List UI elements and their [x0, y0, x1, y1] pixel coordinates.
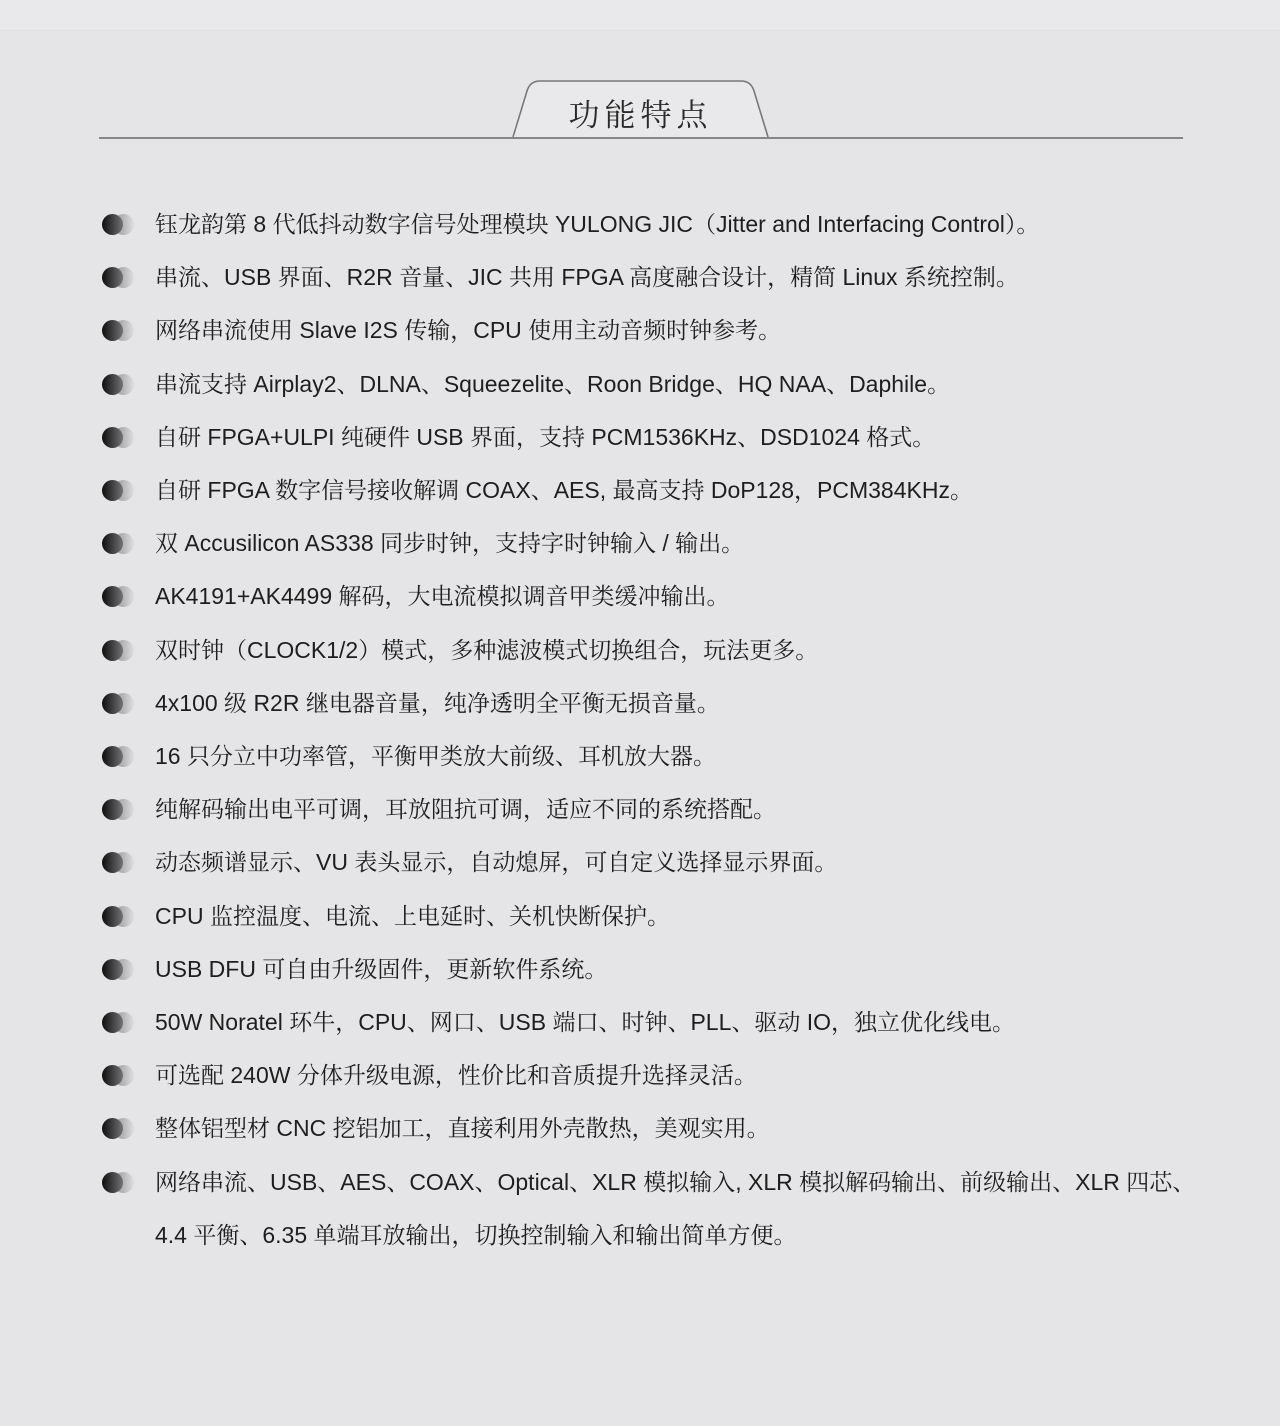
bullet-dot-dark	[102, 906, 123, 927]
bullet-icon	[102, 693, 134, 714]
bullet-dot-dark	[102, 214, 123, 235]
feature-line: USB DFU 可自由升级固件，更新软件系统。	[155, 943, 1195, 996]
feature-line: 4.4 平衡、6.35 单端耳放输出，切换控制输入和输出简单方便。	[155, 1209, 1195, 1262]
bullet-icon	[102, 746, 134, 767]
feature-line: 纯解码输出电平可调，耳放阻抗可调，适应不同的系统搭配。	[155, 783, 1195, 836]
feature-item: 串流、USB 界面、R2R 音量、JIC 共用 FPGA 高度融合设计，精简 L…	[100, 251, 1195, 304]
feature-line: 串流、USB 界面、R2R 音量、JIC 共用 FPGA 高度融合设计，精简 L…	[155, 251, 1195, 304]
bullet-dot-dark	[102, 1172, 123, 1193]
feature-line: 4x100 级 R2R 继电器音量，纯净透明全平衡无损音量。	[155, 677, 1195, 730]
section-title: 功能特点	[511, 90, 770, 135]
feature-line: 网络串流、USB、AES、COAX、Optical、XLR 模拟输入, XLR …	[155, 1156, 1195, 1209]
feature-item: 钰龙韵第 8 代低抖动数字信号处理模块 YULONG JIC（Jitter an…	[100, 198, 1195, 251]
bullet-icon	[102, 214, 134, 235]
bullet-dot-dark	[102, 374, 123, 395]
feature-line: AK4191+AK4499 解码，大电流模拟调音甲类缓冲输出。	[155, 570, 1195, 623]
bullet-dot-dark	[102, 480, 123, 501]
feature-line: 可选配 240W 分体升级电源，性价比和音质提升选择灵活。	[155, 1049, 1195, 1102]
bullet-icon	[102, 852, 134, 873]
bullet-dot-dark	[102, 959, 123, 980]
feature-item: 可选配 240W 分体升级电源，性价比和音质提升选择灵活。	[100, 1049, 1195, 1102]
feature-item: 50W Noratel 环牛，CPU、网口、USB 端口、时钟、PLL、驱动 I…	[100, 996, 1195, 1049]
feature-item: 16 只分立中功率管，平衡甲类放大前级、耳机放大器。	[100, 730, 1195, 783]
bullet-icon	[102, 1172, 134, 1193]
feature-line: 动态频谱显示、VU 表头显示，自动熄屏，可自定义选择显示界面。	[155, 836, 1195, 889]
bullet-dot-dark	[102, 746, 123, 767]
bullet-icon	[102, 1012, 134, 1033]
bullet-dot-dark	[102, 693, 123, 714]
feature-item: 双 Accusilicon AS338 同步时钟，支持字时钟输入 / 输出。	[100, 517, 1195, 570]
feature-item: 纯解码输出电平可调，耳放阻抗可调，适应不同的系统搭配。	[100, 783, 1195, 836]
bullet-icon	[102, 1065, 134, 1086]
feature-item: USB DFU 可自由升级固件，更新软件系统。	[100, 943, 1195, 996]
feature-line: 整体铝型材 CNC 挖铝加工，直接利用外壳散热，美观实用。	[155, 1102, 1195, 1155]
bullet-icon	[102, 959, 134, 980]
bullet-icon	[102, 799, 134, 820]
feature-line: 网络串流使用 Slave I2S 传输，CPU 使用主动音频时钟参考。	[155, 304, 1195, 357]
bullet-icon	[102, 427, 134, 448]
feature-line: 双 Accusilicon AS338 同步时钟，支持字时钟输入 / 输出。	[155, 517, 1195, 570]
feature-item: 自研 FPGA 数字信号接收解调 COAX、AES, 最高支持 DoP128，P…	[100, 464, 1195, 517]
bullet-icon	[102, 906, 134, 927]
feature-line: CPU 监控温度、电流、上电延时、关机快断保护。	[155, 890, 1195, 943]
feature-item: 整体铝型材 CNC 挖铝加工，直接利用外壳散热，美观实用。	[100, 1102, 1195, 1155]
feature-line: 自研 FPGA 数字信号接收解调 COAX、AES, 最高支持 DoP128，P…	[155, 464, 1195, 517]
feature-item: 双时钟（CLOCK1/2）模式，多种滤波模式切换组合，玩法更多。	[100, 624, 1195, 677]
feature-line: 串流支持 Airplay2、DLNA、Squeezelite、Roon Brid…	[155, 358, 1195, 411]
feature-item: 4x100 级 R2R 继电器音量，纯净透明全平衡无损音量。	[100, 677, 1195, 730]
bullet-icon	[102, 533, 134, 554]
bullet-icon	[102, 586, 134, 607]
bullet-icon	[102, 374, 134, 395]
feature-line: 双时钟（CLOCK1/2）模式，多种滤波模式切换组合，玩法更多。	[155, 624, 1195, 677]
bullet-dot-dark	[102, 640, 123, 661]
feature-item: AK4191+AK4499 解码，大电流模拟调音甲类缓冲输出。	[100, 570, 1195, 623]
feature-item: 网络串流使用 Slave I2S 传输，CPU 使用主动音频时钟参考。	[100, 304, 1195, 357]
header-rule	[99, 137, 1183, 139]
feature-item: 串流支持 Airplay2、DLNA、Squeezelite、Roon Brid…	[100, 358, 1195, 411]
feature-item: 网络串流、USB、AES、COAX、Optical、XLR 模拟输入, XLR …	[100, 1156, 1195, 1262]
bullet-icon	[102, 1118, 134, 1139]
feature-item: 自研 FPGA+ULPI 纯硬件 USB 界面，支持 PCM1536KHz、DS…	[100, 411, 1195, 464]
feature-list: 钰龙韵第 8 代低抖动数字信号处理模块 YULONG JIC（Jitter an…	[100, 198, 1195, 1262]
bullet-dot-dark	[102, 427, 123, 448]
bullet-icon	[102, 640, 134, 661]
feature-line: 50W Noratel 环牛，CPU、网口、USB 端口、时钟、PLL、驱动 I…	[155, 996, 1195, 1049]
section-header: 功能特点	[0, 0, 1280, 140]
feature-line: 16 只分立中功率管，平衡甲类放大前级、耳机放大器。	[155, 730, 1195, 783]
feature-item: CPU 监控温度、电流、上电延时、关机快断保护。	[100, 890, 1195, 943]
bullet-icon	[102, 480, 134, 501]
bullet-icon	[102, 320, 134, 341]
bullet-icon	[102, 267, 134, 288]
feature-line: 钰龙韵第 8 代低抖动数字信号处理模块 YULONG JIC（Jitter an…	[155, 198, 1195, 251]
bullet-dot-dark	[102, 1012, 123, 1033]
feature-item: 动态频谱显示、VU 表头显示，自动熄屏，可自定义选择显示界面。	[100, 836, 1195, 889]
feature-line: 自研 FPGA+ULPI 纯硬件 USB 界面，支持 PCM1536KHz、DS…	[155, 411, 1195, 464]
